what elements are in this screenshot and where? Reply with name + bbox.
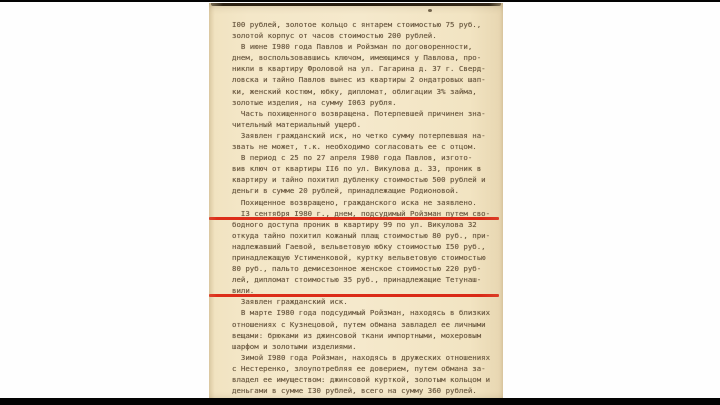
document-text: I00 рублей, золотое кольцо с янтарем сто… (232, 19, 496, 396)
text-line: принадлежащую Устименковой, куртку вельв… (232, 252, 496, 263)
text-line: ловска и тайно Павлов вынес из квартиры … (232, 74, 496, 85)
text-line: вещами: брюками из джинсовой ткани импор… (232, 330, 496, 341)
text-line: бодного доступа проник в квартиру 99 по … (232, 219, 496, 230)
text-line: Заявлен гражданский иск, но четко сумму … (232, 130, 496, 141)
text-line: надлежавший Гаевой, вельветовую юбку сто… (232, 241, 496, 252)
text-line: откуда тайно похитил кожаный плащ стоимо… (232, 230, 496, 241)
text-line: В марте I980 года подсудимый Ройзман, на… (232, 307, 496, 318)
text-line: шарфом и золотыми изделиями. (232, 341, 496, 352)
text-line: золотые изделия, на сумму I063 рубля. (232, 97, 496, 108)
text-line: днем, воспользовавшись ключом, имеющимся… (232, 52, 496, 63)
text-line: никли в квартиру Фроловой на ул. Гагарин… (232, 63, 496, 74)
text-line: владел ее имуществом: джинсовой курткой,… (232, 374, 496, 385)
text-line: ки, женский костюм, юбку, дипломат, обли… (232, 86, 496, 97)
stage: I00 рублей, золотое кольцо с янтарем сто… (0, 0, 720, 405)
text-line: I00 рублей, золотое кольцо с янтарем сто… (232, 19, 496, 30)
text-line: чительный материальный ущерб. (232, 119, 496, 130)
text-line: Заявлен гражданский иск. (232, 296, 496, 307)
text-line: деньгами в сумме I30 рублей, всего на су… (232, 385, 496, 396)
text-line: В июне I980 года Павлов и Ройзман по дог… (232, 41, 496, 52)
text-line: вив ключ от квартиры II6 по ул. Викулова… (232, 163, 496, 174)
text-line: отношениях с Кузнецовой, путем обмана за… (232, 319, 496, 330)
text-line: с Нестеренко, злоупотребляя ее доверием,… (232, 363, 496, 374)
text-line: 80 руб., пальто демисезонное женское сто… (232, 263, 496, 274)
text-line: деньги в сумме 20 рублей, принадлежащие … (232, 185, 496, 196)
text-line: В период с 25 по 27 апреля I980 года Пав… (232, 152, 496, 163)
document-page: I00 рублей, золотое кольцо с янтарем сто… (209, 3, 503, 398)
text-line: Похищенное возвращено, гражданского иска… (232, 197, 496, 208)
text-line: лей, дипломат стоимостью 35 руб., принад… (232, 274, 496, 285)
text-line: звать не может, т.к. необходимо согласов… (232, 141, 496, 152)
text-line: золотой корпус от часов стоимостью 200 р… (232, 30, 496, 41)
text-line: Часть похищенного возвращена. Потерпевше… (232, 108, 496, 119)
paper-speck (428, 9, 432, 12)
red-underline-1 (209, 217, 499, 220)
page-top-edge (211, 3, 501, 6)
red-underline-2 (209, 294, 499, 297)
text-line: Зимой I980 года Ройзман, находясь в друж… (232, 352, 496, 363)
text-line: квартиру и тайно похитил дубленку стоимо… (232, 174, 496, 185)
